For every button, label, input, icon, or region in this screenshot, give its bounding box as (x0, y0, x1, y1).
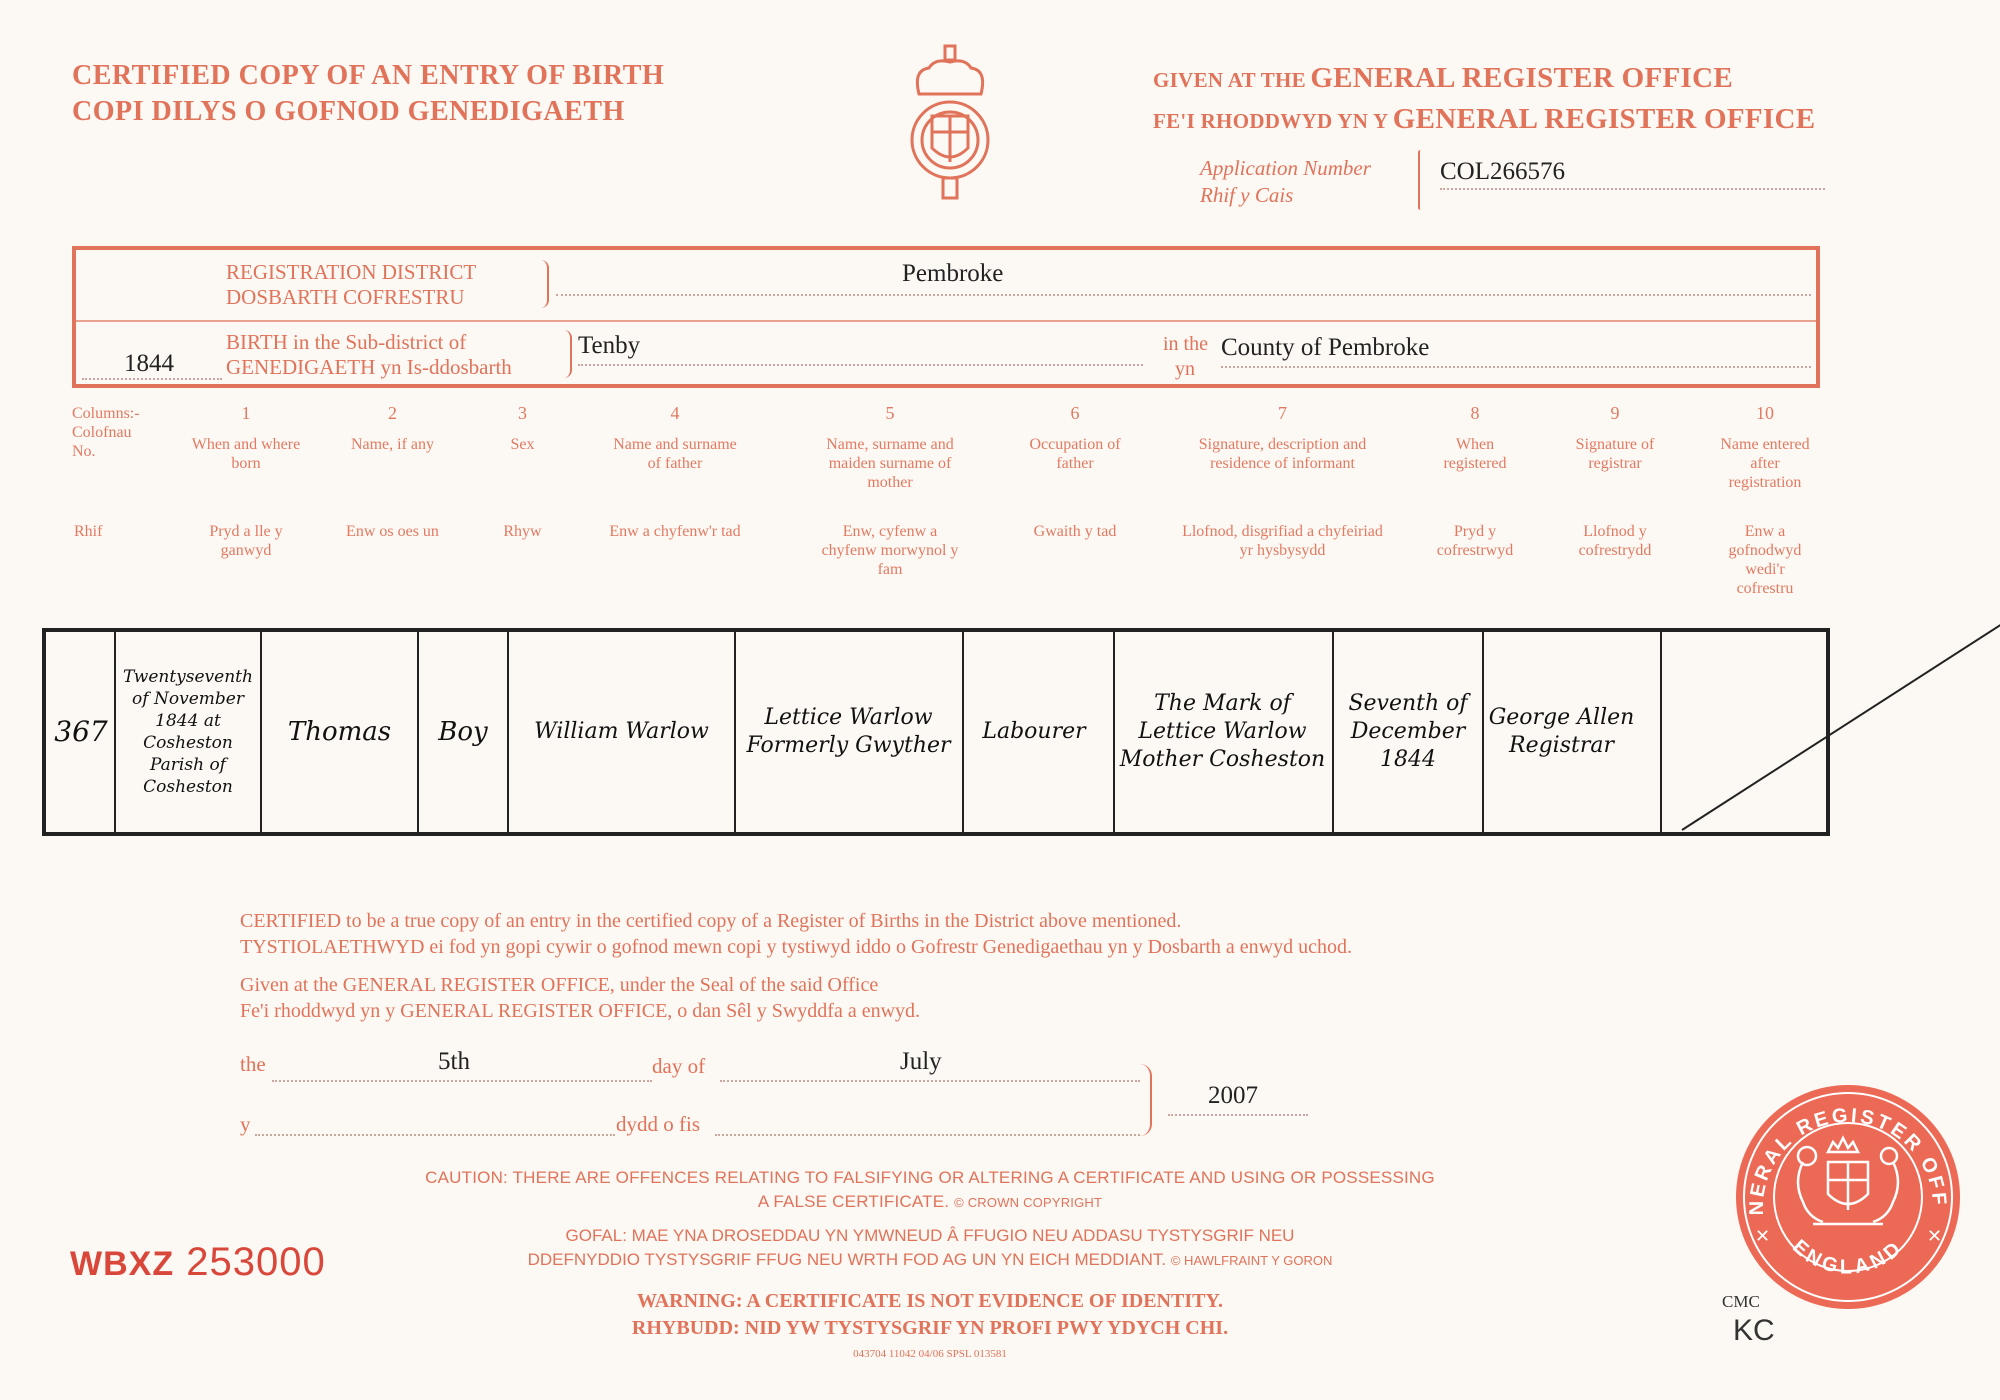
subdistrict-line: Tenby (578, 332, 1143, 366)
registration-year: 1844 (124, 350, 174, 378)
entry-when-registered: Seventh of December 1844 (1334, 632, 1482, 832)
in-the-label-en: in the (1163, 332, 1208, 357)
columns-label-cy: Colofnau (72, 423, 140, 442)
subdistrict-value: Tenby (578, 332, 640, 360)
column-header-2: 2 Name, if any Enw os oes un (330, 404, 455, 454)
office-name-cy: GENERAL REGISTER OFFICE (1393, 103, 1816, 135)
district-value: Pembroke (902, 260, 1003, 288)
application-number-value: COL266576 (1440, 158, 1825, 190)
application-number-label: Application Number Rhif y Cais (1200, 155, 1371, 209)
hawlfraint-y-goron: © HAWLFRAINT Y GORON (1171, 1253, 1333, 1268)
entry-registrar: George Allen Registrar (1484, 632, 1639, 832)
brace (564, 330, 572, 378)
given-at-label-cy: FE'I RHODDWYD YN Y (1153, 109, 1388, 133)
district-label: REGISTRATION DISTRICT DOSBARTH COFRESTRU (226, 260, 476, 310)
no-label-en: No. (72, 442, 140, 461)
column-header-8: 8 When registered Pryd y cofrestrwyd (1420, 404, 1530, 473)
subdistrict-label-en: BIRTH in the Sub-district of (226, 330, 512, 355)
column-label-en: When and where born (186, 435, 306, 473)
issuing-office-heading: GIVEN AT THE GENERAL REGISTER OFFICE FE'… (1153, 60, 1815, 142)
gofal-line-1: GOFAL: MAE YNA DROSEDDAU YN YMWNEUD Â FF… (290, 1224, 1570, 1248)
column-header-6: 6 Occupation of father Gwaith y tad (1010, 404, 1140, 473)
application-label-cy: Rhif y Cais (1200, 182, 1371, 209)
column-label-cy: Rhyw (490, 522, 555, 541)
entry-when-where-born: Twentyseventh of November 1844 at Coshes… (118, 632, 258, 832)
no-label-cy: Rhif (74, 522, 102, 541)
svg-text:✕: ✕ (1927, 1226, 1942, 1246)
dydd-o-fis-label: dydd o fis (616, 1112, 700, 1137)
registration-district-box: REGISTRATION DISTRICT DOSBARTH COFRESTRU… (72, 246, 1820, 388)
in-the-label: in the yn (1163, 332, 1208, 382)
royal-crest-icon (905, 44, 995, 204)
warning-en: WARNING: A CERTIFICATE IS NOT EVIDENCE O… (290, 1288, 1570, 1315)
certificate-title: CERTIFIED COPY OF AN ENTRY OF BIRTH COPI… (72, 58, 664, 130)
caution-line-2: A FALSE CERTIFICATE. (758, 1192, 949, 1211)
crown-copyright: © CROWN COPYRIGHT (954, 1195, 1102, 1210)
divider (76, 320, 1816, 322)
column-label-cy: Pryd a lle y ganwyd (186, 522, 306, 560)
column-label-en: Signature of registrar (1570, 435, 1660, 473)
column-number: 7 (1170, 404, 1395, 423)
given-line-en: Given at the GENERAL REGISTER OFFICE, un… (240, 972, 1352, 998)
caution-notice-cy: GOFAL: MAE YNA DROSEDDAU YN YMWNEUD Â FF… (290, 1224, 1570, 1273)
serial-prefix: WBXZ (70, 1245, 174, 1283)
certification-statement: CERTIFIED to be a true copy of an entry … (240, 908, 1352, 1024)
subdistrict-label-cy: GENEDIGAETH yn Is-ddosbarth (226, 355, 512, 380)
office-name-en: GENERAL REGISTER OFFICE (1310, 62, 1733, 94)
column-label-cy: Llofnod y cofrestrydd (1570, 522, 1660, 560)
column-header-9: 9 Signature of registrar Llofnod y cofre… (1560, 404, 1670, 473)
issue-day: 5th (438, 1048, 470, 1076)
y-label: y (240, 1112, 251, 1137)
day-of-label: day of (652, 1054, 705, 1079)
column-number: 4 (590, 404, 760, 423)
gofal-line-2: DDEFNYDDIO TYSTYSGRIF FFUG NEU WRTH FOD … (528, 1250, 1167, 1269)
column-number: 8 (1420, 404, 1530, 423)
cancel-diagonal-line (1662, 632, 2000, 832)
column-label-cy: Gwaith y tad (1010, 522, 1140, 541)
caution-notice-en: CAUTION: THERE ARE OFFENCES RELATING TO … (290, 1166, 1570, 1215)
title-english: CERTIFIED COPY OF AN ENTRY OF BIRTH (72, 58, 664, 94)
district-label-cy: DOSBARTH COFRESTRU (226, 285, 476, 310)
column-label-cy: Enw a chyfenw'r tad (590, 522, 760, 541)
column-label-cy: Enw a gofnodwyd wedi'r cofrestru (1715, 522, 1815, 598)
cmc-stamp: CMC (1722, 1292, 1760, 1312)
issue-date-row-en: the (240, 1052, 266, 1077)
month-line-cy (715, 1112, 1140, 1136)
column-header-1: 1 When and where born Pryd a lle y ganwy… (186, 404, 306, 473)
month-line: July (720, 1052, 1140, 1082)
day-line: 5th (272, 1052, 652, 1082)
columns-prefix: Columns:- Colofnau No. (72, 404, 140, 461)
print-code: 043704 11042 04/06 SPSL 013581 (290, 1348, 1570, 1360)
given-line-cy: Fe'i rhoddwyd yn y GENERAL REGISTER OFFI… (240, 998, 1352, 1024)
entry-mother: Lettice Warlow Formerly Gwyther (736, 632, 961, 832)
entry-father: William Warlow (509, 632, 734, 832)
certified-line-cy: TYSTIOLAETHWYD ei fod yn gopi cywir o go… (240, 934, 1352, 960)
column-label-en: Name, if any (330, 435, 455, 454)
column-label-en: Sex (490, 435, 555, 454)
column-label-en: Name entered after registration (1715, 435, 1815, 492)
column-header-7: 7 Signature, description and residence o… (1170, 404, 1395, 473)
issue-year: 2007 (1208, 1082, 1258, 1110)
in-the-label-cy: yn (1163, 357, 1208, 382)
divider (114, 632, 116, 832)
column-number: 2 (330, 404, 455, 423)
district-value-line: Pembroke (556, 260, 1811, 296)
column-label-cy: Llofnod, disgrifiad a chyfeiriad yr hysb… (1180, 522, 1385, 560)
brace (1140, 1064, 1152, 1136)
column-number: 10 (1700, 404, 1830, 423)
entry-number: 367 (46, 632, 116, 832)
column-label-en: Occupation of father (1018, 435, 1133, 473)
columns-label-en: Columns:- (72, 404, 140, 423)
column-number: 5 (790, 404, 990, 423)
column-label-cy: Enw, cyfenw a chyfenw morwynol y fam (815, 522, 965, 579)
column-label-cy: Pryd y cofrestrwyd (1430, 522, 1520, 560)
caution-line-1: CAUTION: THERE ARE OFFENCES RELATING TO … (290, 1166, 1570, 1190)
column-number: 6 (1010, 404, 1140, 423)
district-label-en: REGISTRATION DISTRICT (226, 260, 476, 285)
year-line: 2007 (1168, 1086, 1308, 1116)
subdistrict-label: BIRTH in the Sub-district of GENEDIGAETH… (226, 330, 512, 380)
identity-warning: WARNING: A CERTIFICATE IS NOT EVIDENCE O… (290, 1288, 1570, 1342)
entry-occupation: Labourer (964, 632, 1104, 832)
county-line: County of Pembroke (1221, 334, 1811, 368)
the-label: the (240, 1052, 266, 1076)
given-at-label-en: GIVEN AT THE (1153, 68, 1306, 92)
svg-text:✕: ✕ (1755, 1226, 1770, 1246)
issue-month: July (900, 1048, 942, 1076)
column-label-cy: Enw os oes un (330, 522, 455, 541)
column-header-4: 4 Name and surname of father Enw a chyfe… (590, 404, 760, 473)
clerk-initials: KC (1733, 1314, 1775, 1348)
warning-cy: RHYBUDD: NID YW TYSTYSGRIF YN PROFI PWY … (290, 1315, 1570, 1342)
column-header-3: 3 Sex Rhyw (490, 404, 555, 454)
column-label-en: Name, surname and maiden surname of moth… (815, 435, 965, 492)
column-number: 1 (186, 404, 306, 423)
column-number: 9 (1560, 404, 1670, 423)
birth-entry-row: 367 Twentyseventh of November 1844 at Co… (42, 628, 1830, 836)
county-value: County of Pembroke (1221, 334, 1429, 362)
column-number: 3 (490, 404, 555, 423)
entry-name: Thomas (262, 632, 417, 832)
application-label-en: Application Number (1200, 155, 1371, 182)
day-line-cy (255, 1112, 615, 1136)
column-label-en: When registered (1435, 435, 1515, 473)
brace (541, 260, 549, 308)
entry-sex: Boy (419, 632, 507, 832)
certificate-serial-number: WBXZ 253000 (70, 1240, 326, 1285)
brace (1418, 150, 1423, 210)
entry-informant: The Mark of Lettice Warlow Mother Coshes… (1115, 632, 1330, 832)
title-welsh: COPI DILYS O GOFNOD GENEDIGAETH (72, 94, 664, 130)
column-header-5: 5 Name, surname and maiden surname of mo… (790, 404, 990, 492)
certified-line-en: CERTIFIED to be a true copy of an entry … (240, 908, 1352, 934)
year-line: 1844 (82, 350, 222, 380)
general-register-office-seal-icon: GENERAL REGISTER OFFICE ENGLAND ✕ ✕ (1733, 1082, 1963, 1312)
column-label-en: Signature, description and residence of … (1175, 435, 1390, 473)
column-header-10: 10 Name entered after registration Enw a… (1700, 404, 1830, 492)
serial-digits: 253000 (186, 1240, 325, 1284)
column-label-en: Name and surname of father (605, 435, 745, 473)
